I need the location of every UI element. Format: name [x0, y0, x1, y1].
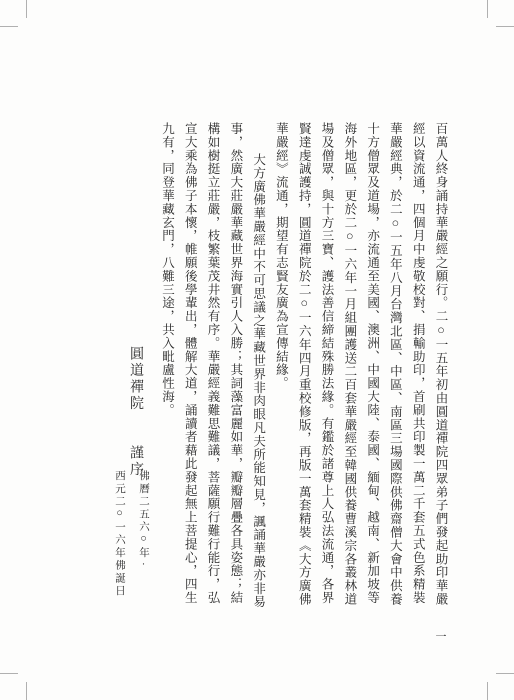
date-block: 佛曆二五六○年· 西元二○一六年佛誕日 — [107, 470, 155, 610]
crop-mark-top-left-horizontal — [0, 26, 18, 27]
crop-mark-bottom-right-vertical — [487, 682, 488, 700]
text-column: 宣大乘為佛子本懷，帷願後學輩出，體解大道，誦讀者藉此發起無上菩提心，四生 — [178, 122, 201, 608]
crop-mark-bottom-left-vertical — [26, 682, 27, 700]
text-column: 百萬人終身誦持華嚴經之願行。二○一五年初由圓道禪院四眾弟子們發起助印華嚴 — [429, 122, 452, 608]
crop-mark-bottom-left-horizontal — [0, 673, 18, 674]
text-column: 大方廣佛華嚴經中不可思議之華藏世界非肉眼凡夫所能知見，諷誦華嚴亦非易 — [247, 122, 270, 608]
text-column: 場及僧眾，與十方三寶、護法善信締結殊勝法緣。有鑑於諸尊上人弘法流通，各界 — [315, 122, 338, 608]
date-western-calendar: 西元二○一六年佛誕日 — [107, 470, 131, 610]
crop-mark-bottom-right-horizontal — [496, 673, 514, 674]
crop-mark-top-right-vertical — [487, 0, 488, 18]
text-column: 華嚴經典，於二○一五年八月台灣北區、中區、南區三場國際供佛齋僧大會中供養 — [384, 122, 407, 608]
signature-name: 圓道禪院 — [128, 346, 143, 412]
crop-mark-top-left-vertical — [26, 0, 27, 18]
date-buddhist-calendar: 佛曆二五六○年· — [131, 470, 155, 610]
text-column: 事，然廣大莊嚴華藏世界海實引人入勝；其詞藻富麗如華，瓣瓣層疊各具姿態；結 — [224, 122, 247, 608]
text-column: 構如樹挺立莊嚴，枝繁葉茂井然有序。華嚴經義難思難議，菩薩願行難行能行，弘 — [201, 122, 224, 608]
signature-block: 圓道禪院 謹序 — [127, 346, 144, 478]
text-column: 海外地區，更於二○一六年一月組團護送二百套華嚴經至韓國供養曹溪宗各叢林道 — [338, 122, 361, 608]
scanned-preface-page: 百萬人終身誦持華嚴經之願行。二○一五年初由圓道禪院四眾弟子們發起助印華嚴經以資流… — [0, 0, 514, 700]
text-column: 經以資流通，四個月中虔敬校對、捐輸助印，首刷共印製一萬二千套五式色系精裝 — [406, 122, 429, 608]
text-column: 賢達虔誠護持，圓道禪院於二○一六年四月重校修版，再版一萬套精裝《大方廣佛 — [292, 122, 315, 608]
text-column: 華嚴經》流通，期望有志賢友廣為宣傳結緣。 — [270, 122, 293, 608]
crop-mark-top-right-horizontal — [496, 26, 514, 27]
preface-text-body: 百萬人終身誦持華嚴經之願行。二○一五年初由圓道禪院四眾弟子們發起助印華嚴經以資流… — [156, 122, 452, 608]
text-column: 九有，同登華藏玄門，八難三途，共入毗盧性海。 — [156, 122, 179, 608]
page-number: 一 — [434, 628, 448, 644]
text-column: 十方僧眾及道場，亦流通至美國、澳洲、中國大陸、泰國、緬甸、越南、新加坡等 — [361, 122, 384, 608]
